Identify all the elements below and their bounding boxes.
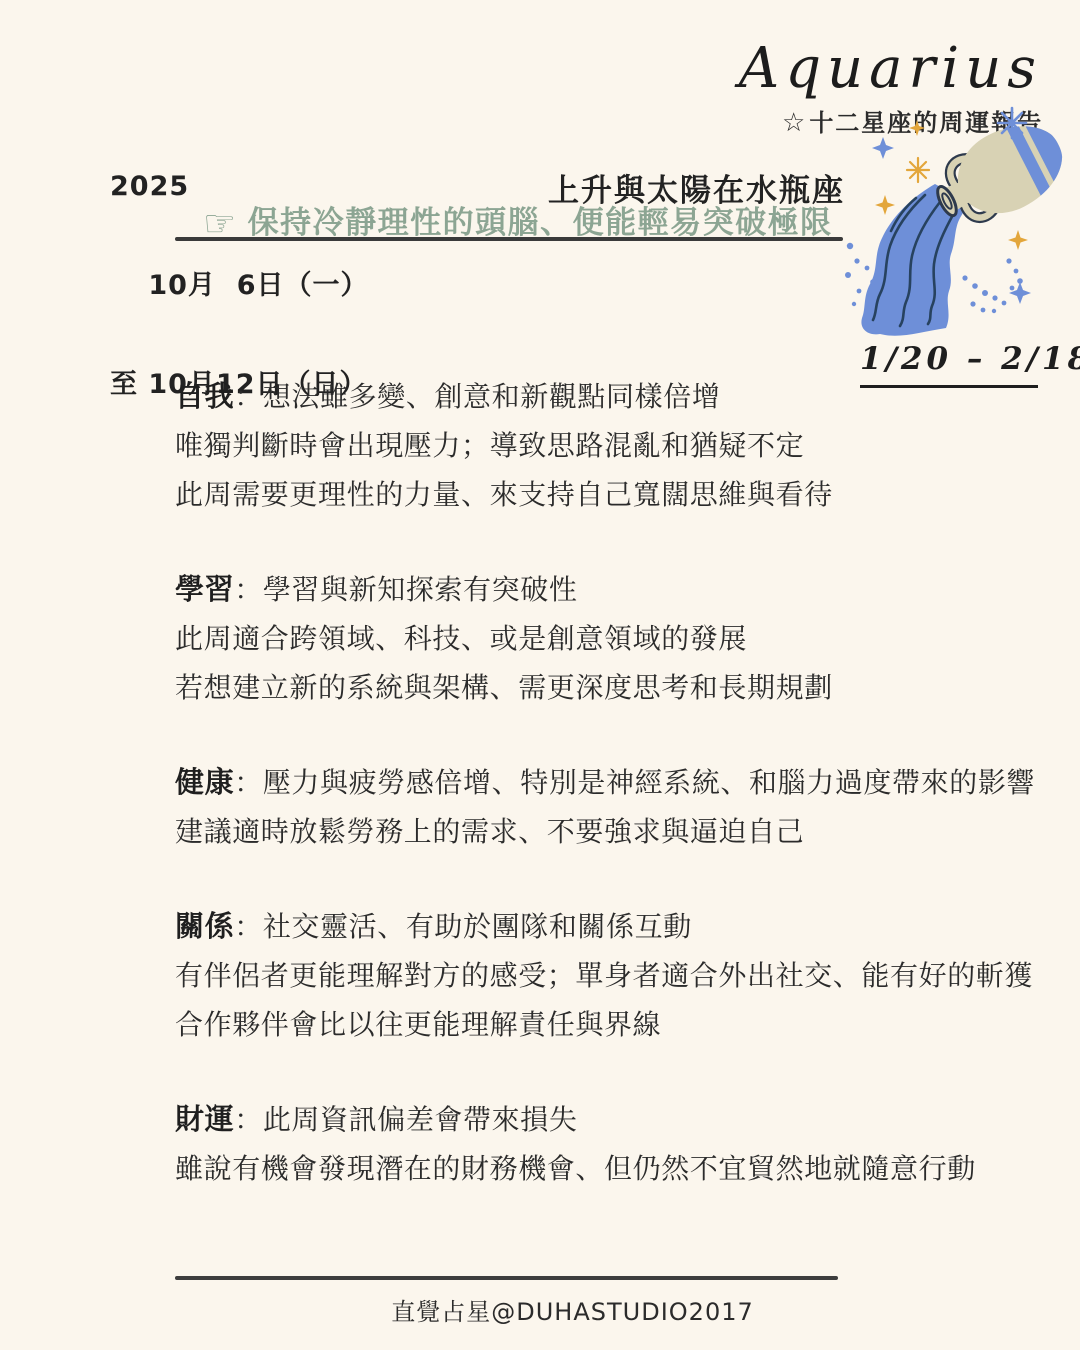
tagline-underline: [175, 237, 843, 241]
section-label: 學習: [175, 572, 234, 606]
section-lines: 有伴侶者更能理解對方的感受；單身者適合外出社交、能有好的斬獲合作夥伴會比以往更能…: [175, 951, 985, 1049]
section-line: 唯獨判斷時會出現壓力；導致思路混亂和猶疑不定: [175, 421, 985, 470]
section-separator: ：: [234, 766, 263, 799]
section-text: 社交靈活、有助於團隊和關係互動: [263, 910, 692, 943]
section-text: 學習與新知探索有突破性: [263, 573, 578, 606]
horoscope-section: 健康：壓力與疲勞感倍增、特別是神經系統、和腦力過度帶來的影響 建議適時放鬆勞務上…: [175, 758, 985, 856]
section-line: 建議適時放鬆勞務上的需求、不要強求與逼迫自己: [175, 807, 985, 856]
section-lines: 此周適合跨領域、科技、或是創意領域的發展若想建立新的系統與架構、需更深度思考和長…: [175, 614, 985, 712]
section-line: 雖說有機會發現潛在的財務機會、但仍然不宜貿然地就隨意行動: [175, 1144, 985, 1193]
section-first-line: 關係：社交靈活、有助於團隊和關係互動: [175, 902, 985, 951]
week-start-date: 10月 6日（一）: [110, 269, 369, 302]
gold-star-icon: [909, 120, 925, 136]
star-icon: ☆: [782, 108, 807, 138]
blue-burst-sparkle-icon: [998, 108, 1026, 138]
blue-star-icon: [1009, 282, 1031, 304]
section-label: 關係: [175, 909, 234, 943]
section-line: 合作夥伴會比以往更能理解責任與界線: [175, 1000, 985, 1049]
section-first-line: 財運：此周資訊偏差會帶來損失: [175, 1095, 985, 1144]
page-title: Aquarius: [739, 36, 1042, 101]
footer-divider: [175, 1276, 838, 1280]
blue-star-icon: [872, 137, 894, 159]
gold-burst-sparkle-icon: [907, 158, 929, 182]
section-separator: ：: [234, 910, 263, 943]
footer-credit: 直覺占星@DUHASTUDIO2017: [175, 1292, 970, 1327]
horoscope-section: 財運：此周資訊偏差會帶來損失 雖說有機會發現潛在的財務機會、但仍然不宜貿然地就隨…: [175, 1095, 985, 1193]
horoscope-section: 學習：學習與新知探索有突破性 此周適合跨領域、科技、或是創意領域的發展若想建立新…: [175, 565, 985, 712]
section-label: 健康: [175, 765, 234, 799]
section-lines: 雖說有機會發現潛在的財務機會、但仍然不宜貿然地就隨意行動: [175, 1144, 985, 1193]
section-label: 自我: [175, 379, 234, 413]
weekly-tagline-text: 保持冷靜理性的頭腦、便能輕易突破極限: [248, 205, 833, 241]
horoscope-section: 自我：想法雖多變、創意和新觀點同樣倍增 唯獨判斷時會出現壓力；導致思路混亂和猶疑…: [175, 372, 985, 519]
section-text: 壓力與疲勞感倍增、特別是神經系統、和腦力過度帶來的影響: [263, 766, 1035, 799]
section-line: 此周適合跨領域、科技、或是創意領域的發展: [175, 614, 985, 663]
sections: 自我：想法雖多變、創意和新觀點同樣倍增 唯獨判斷時會出現壓力；導致思路混亂和猶疑…: [175, 372, 985, 1239]
section-separator: ：: [234, 380, 263, 413]
gold-star-icon: [1008, 230, 1028, 250]
section-label: 財運: [175, 1102, 234, 1136]
horoscope-poster: Aquarius ☆十二星座的周運報告 2025 10月 6日（一） 至 10月…: [0, 0, 1080, 1350]
horoscope-section: 關係：社交靈活、有助於團隊和關係互動 有伴侶者更能理解對方的感受；單身者適合外出…: [175, 902, 985, 1049]
section-separator: ：: [234, 573, 263, 606]
aquarius-illustration: [828, 98, 1078, 346]
section-text: 此周資訊偏差會帶來損失: [263, 1103, 578, 1136]
section-first-line: 健康：壓力與疲勞感倍增、特別是神經系統、和腦力過度帶來的影響: [175, 758, 985, 807]
section-first-line: 學習：學習與新知探索有突破性: [175, 565, 985, 614]
gold-star-icon: [875, 195, 895, 215]
section-separator: ：: [234, 1103, 263, 1136]
section-lines: 唯獨判斷時會出現壓力；導致思路混亂和猶疑不定此周需要更理性的力量、來支持自己寬闊…: [175, 421, 985, 519]
section-line: 有伴侶者更能理解對方的感受；單身者適合外出社交、能有好的斬獲: [175, 951, 985, 1000]
section-first-line: 自我：想法雖多變、創意和新觀點同樣倍增: [175, 372, 985, 421]
section-text: 想法雖多變、創意和新觀點同樣倍增: [263, 380, 721, 413]
section-line: 此周需要更理性的力量、來支持自己寬闊思維與看待: [175, 470, 985, 519]
section-lines: 建議適時放鬆勞務上的需求、不要強求與逼迫自己: [175, 807, 985, 856]
section-line: 若想建立新的系統與架構、需更深度思考和長期規劃: [175, 663, 985, 712]
